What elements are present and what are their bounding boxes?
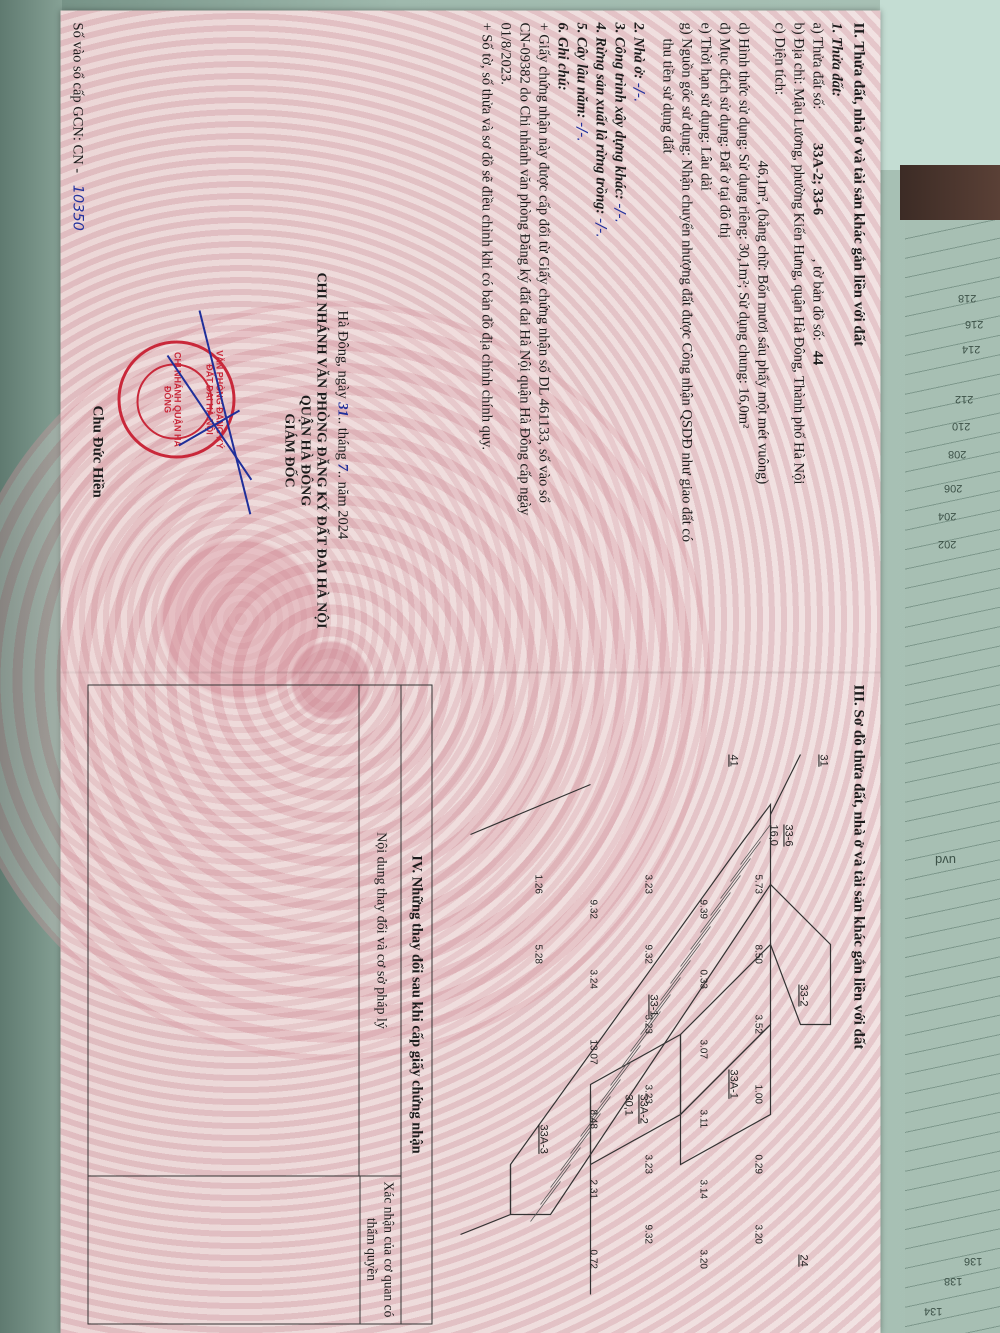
svg-text:1.00: 1.00 (752, 1084, 763, 1104)
certificate-right-page: III. Sơ đồ thửa đất, nhà ở và tài sản kh… (60, 674, 880, 1333)
map-label: 214 (962, 343, 980, 355)
svg-text:33-1: 33-1 (647, 994, 659, 1016)
svg-text:2.31: 2.31 (587, 1179, 598, 1199)
usage-purpose: đ) Mục đích sử dụng: Đất ở tại đô thị (715, 22, 732, 238)
section-4-title: IV. Những thay đổi sau khi cấp giấy chứn… (400, 685, 431, 1323)
svg-text:33A-3: 33A-3 (537, 1124, 549, 1153)
area-value: 46,1m², (bằng chữ: Bốn mươi sáu phẩy một… (753, 160, 770, 484)
svg-text:3.23: 3.23 (642, 1084, 653, 1104)
other-construction-value: -/-. (611, 203, 627, 223)
parcel-number-row: a) Thửa đất số: 33A-2; 33-6 , tờ bản đồ … (808, 22, 825, 365)
land-parcel-heading: 1. Thửa đất: (827, 22, 844, 96)
other-construction-label: 3. Công trình xây dựng khác: (611, 22, 627, 199)
svg-text:31: 31 (817, 754, 829, 766)
usage-form: d) Hình thức sử dụng: Sử dụng riêng: 30,… (734, 22, 751, 428)
registry-value: 10350 (69, 184, 85, 230)
svg-text:13.07: 13.07 (587, 1039, 598, 1064)
date-month: 7 (334, 463, 350, 470)
signer-title: GIÁM ĐỐC (280, 240, 296, 660)
map-label: 210 (952, 420, 970, 432)
svg-text:3.20: 3.20 (752, 1224, 763, 1244)
svg-text:3.24: 3.24 (587, 969, 598, 989)
table-edge-strip (900, 165, 1000, 220)
svg-text:3.23: 3.23 (642, 874, 653, 894)
note-1-date: 01/8/2023. (496, 22, 513, 84)
area-label: c) Diện tích: (770, 22, 787, 94)
note-1: + Giấy chứng nhận này được cấp đổi từ Gi… (534, 22, 551, 502)
svg-text:3.23: 3.23 (642, 1154, 653, 1174)
svg-text:24: 24 (797, 1254, 809, 1266)
map-label: 206 (944, 482, 962, 494)
svg-text:3.11: 3.11 (697, 1109, 708, 1128)
changes-column-header: Nội dung thay đổi và cơ sở pháp lý (358, 685, 401, 1175)
svg-text:8.48: 8.48 (587, 1109, 598, 1129)
map-label: 216 (965, 318, 983, 330)
map-sheet-value: 44 (809, 350, 825, 365)
svg-text:3.52: 3.52 (752, 1014, 763, 1034)
map-label: 202 (938, 538, 956, 550)
address: b) Địa chỉ: Mậu Lương, phường Kiến Hưng,… (789, 22, 806, 484)
svg-text:3.14: 3.14 (697, 1179, 708, 1199)
date-month-label: tháng (334, 427, 350, 459)
map-label: 138 (944, 1275, 962, 1287)
parcel-number-value: 33A-2; 33-6 (809, 143, 825, 215)
map-label: 204 (938, 510, 956, 522)
svg-text:30,1: 30,1 (622, 1094, 634, 1115)
svg-text:8.50: 8.50 (752, 944, 763, 964)
svg-text:41: 41 (727, 754, 739, 766)
certificate-left-page: II. Thửa đất, nhà ở và tài sản khác gắn … (60, 10, 880, 670)
changes-column: Nội dung thay đổi và cơ sở pháp lý (88, 685, 401, 1176)
svg-text:3.23: 3.23 (642, 1014, 653, 1034)
usage-origin: g) Nguồn gốc sử dụng: Nhận chuyển nhượng… (677, 22, 694, 542)
place-date: Hà Đông, ngày 31.. tháng 7.. năm 2024 (333, 310, 350, 539)
svg-text:16,0: 16,0 (767, 824, 779, 845)
svg-text:1.26: 1.26 (532, 874, 543, 894)
production-forest-row: 4. Rừng sản xuất là rừng trồng: -/-. (591, 22, 608, 237)
svg-text:3.07: 3.07 (697, 1039, 708, 1059)
map-label: 208 (948, 448, 966, 460)
issuing-office: CHI NHÁNH VĂN PHÒNG ĐĂNG KÝ ĐẤT ĐAI HÀ N… (280, 240, 328, 660)
section-2-title: II. Thửa đất, nhà ở và tài sản khác gắn … (849, 22, 866, 346)
note-2: + Số tờ, số thửa và sơ đồ sẽ điều chỉnh … (477, 22, 494, 450)
office-district: QUẬN HÀ ĐÔNG (296, 240, 312, 660)
perennial-trees-label: 5. Cây lâu năm: (573, 22, 589, 118)
registry-label: Số vào sổ cấp GCN: CN - (69, 22, 85, 173)
perennial-trees-row: 5. Cây lâu năm: -/-. (572, 22, 589, 141)
svg-text:0.72: 0.72 (587, 1249, 598, 1269)
notes-label: 6. Ghi chú: (553, 22, 570, 90)
parcel-number-label: a) Thửa đất số: (809, 22, 825, 109)
svg-text:5.28: 5.28 (532, 944, 543, 964)
svg-text:0.29: 0.29 (752, 1154, 763, 1174)
place-date-prefix: Hà Đông, ngày (334, 310, 350, 398)
map-label: 136 (964, 1255, 982, 1267)
map-label: 212 (955, 393, 973, 405)
land-use-certificate: II. Thửa đất, nhà ở và tài sản khác gắn … (60, 10, 880, 1333)
official-red-stamp: VĂN PHÒNG ĐĂNG KÝ ĐẤT ĐAI HÀ NỘI CHI NHÁ… (117, 340, 235, 458)
svg-text:3.20: 3.20 (697, 1249, 708, 1269)
map-label: 134 (924, 1305, 942, 1317)
background-cadastral-map (905, 220, 1000, 1333)
house-row: 2. Nhà ở: -/-. (629, 22, 646, 102)
production-forest-label: 4. Rừng sản xuất là rừng trồng: (592, 22, 608, 214)
date-day: 31 (334, 402, 350, 417)
registry-number: Số vào sổ cấp GCN: CN - 10350 (68, 22, 85, 230)
svg-text:33A-1: 33A-1 (727, 1069, 739, 1098)
parcel-diagram-svg: 33-133-233A-133A-233A-333-624314130,116,… (460, 694, 840, 1314)
office-name: CHI NHÁNH VĂN PHÒNG ĐĂNG KÝ ĐẤT ĐAI HÀ N… (312, 240, 328, 660)
svg-text:9.32: 9.32 (587, 899, 598, 919)
map-sheet-label: , tờ bản đồ số: (809, 258, 825, 340)
signer-name: Chu Đức Hiền (88, 405, 105, 497)
parcel-diagram: 33-133-233A-133A-233A-333-624314130,116,… (460, 694, 840, 1314)
svg-text:9.32: 9.32 (642, 944, 653, 964)
svg-text:33-6: 33-6 (782, 824, 794, 846)
confirmation-column: Xác nhận của cơ quan có thẩm quyền (88, 1175, 401, 1323)
map-label: uvd (935, 853, 956, 868)
note-1-cont: CN-09382 do Chi nhánh văn phòng Đăng ký … (515, 22, 532, 515)
usage-term: e) Thời hạn sử dụng: Lâu dài (696, 22, 713, 190)
confirmation-column-header: Xác nhận của cơ quan có thẩm quyền (359, 1175, 401, 1323)
svg-text:9.39: 9.39 (697, 899, 708, 919)
usage-origin-cont: thu tiền sử dụng đất (658, 38, 675, 153)
svg-text:0.33: 0.33 (697, 969, 708, 989)
table-glass-corner (880, 0, 1000, 170)
section-3-title: III. Sơ đồ thửa đất, nhà ở và tài sản kh… (849, 684, 866, 1049)
house-label: 2. Nhà ở: (630, 22, 646, 79)
page-fold (60, 671, 880, 673)
other-construction-row: 3. Công trình xây dựng khác: -/-. (610, 22, 627, 223)
svg-text:9.32: 9.32 (642, 1224, 653, 1244)
house-value: -/-. (630, 82, 646, 102)
svg-text:5.73: 5.73 (752, 874, 763, 894)
perennial-trees-value: -/-. (573, 122, 589, 142)
section-4-changes-table: IV. Những thay đổi sau khi cấp giấy chứn… (87, 684, 432, 1324)
svg-text:33-2: 33-2 (797, 984, 809, 1006)
map-label: 218 (958, 292, 976, 304)
production-forest-value: -/-. (592, 217, 608, 237)
date-year: năm 2024 (334, 481, 350, 539)
